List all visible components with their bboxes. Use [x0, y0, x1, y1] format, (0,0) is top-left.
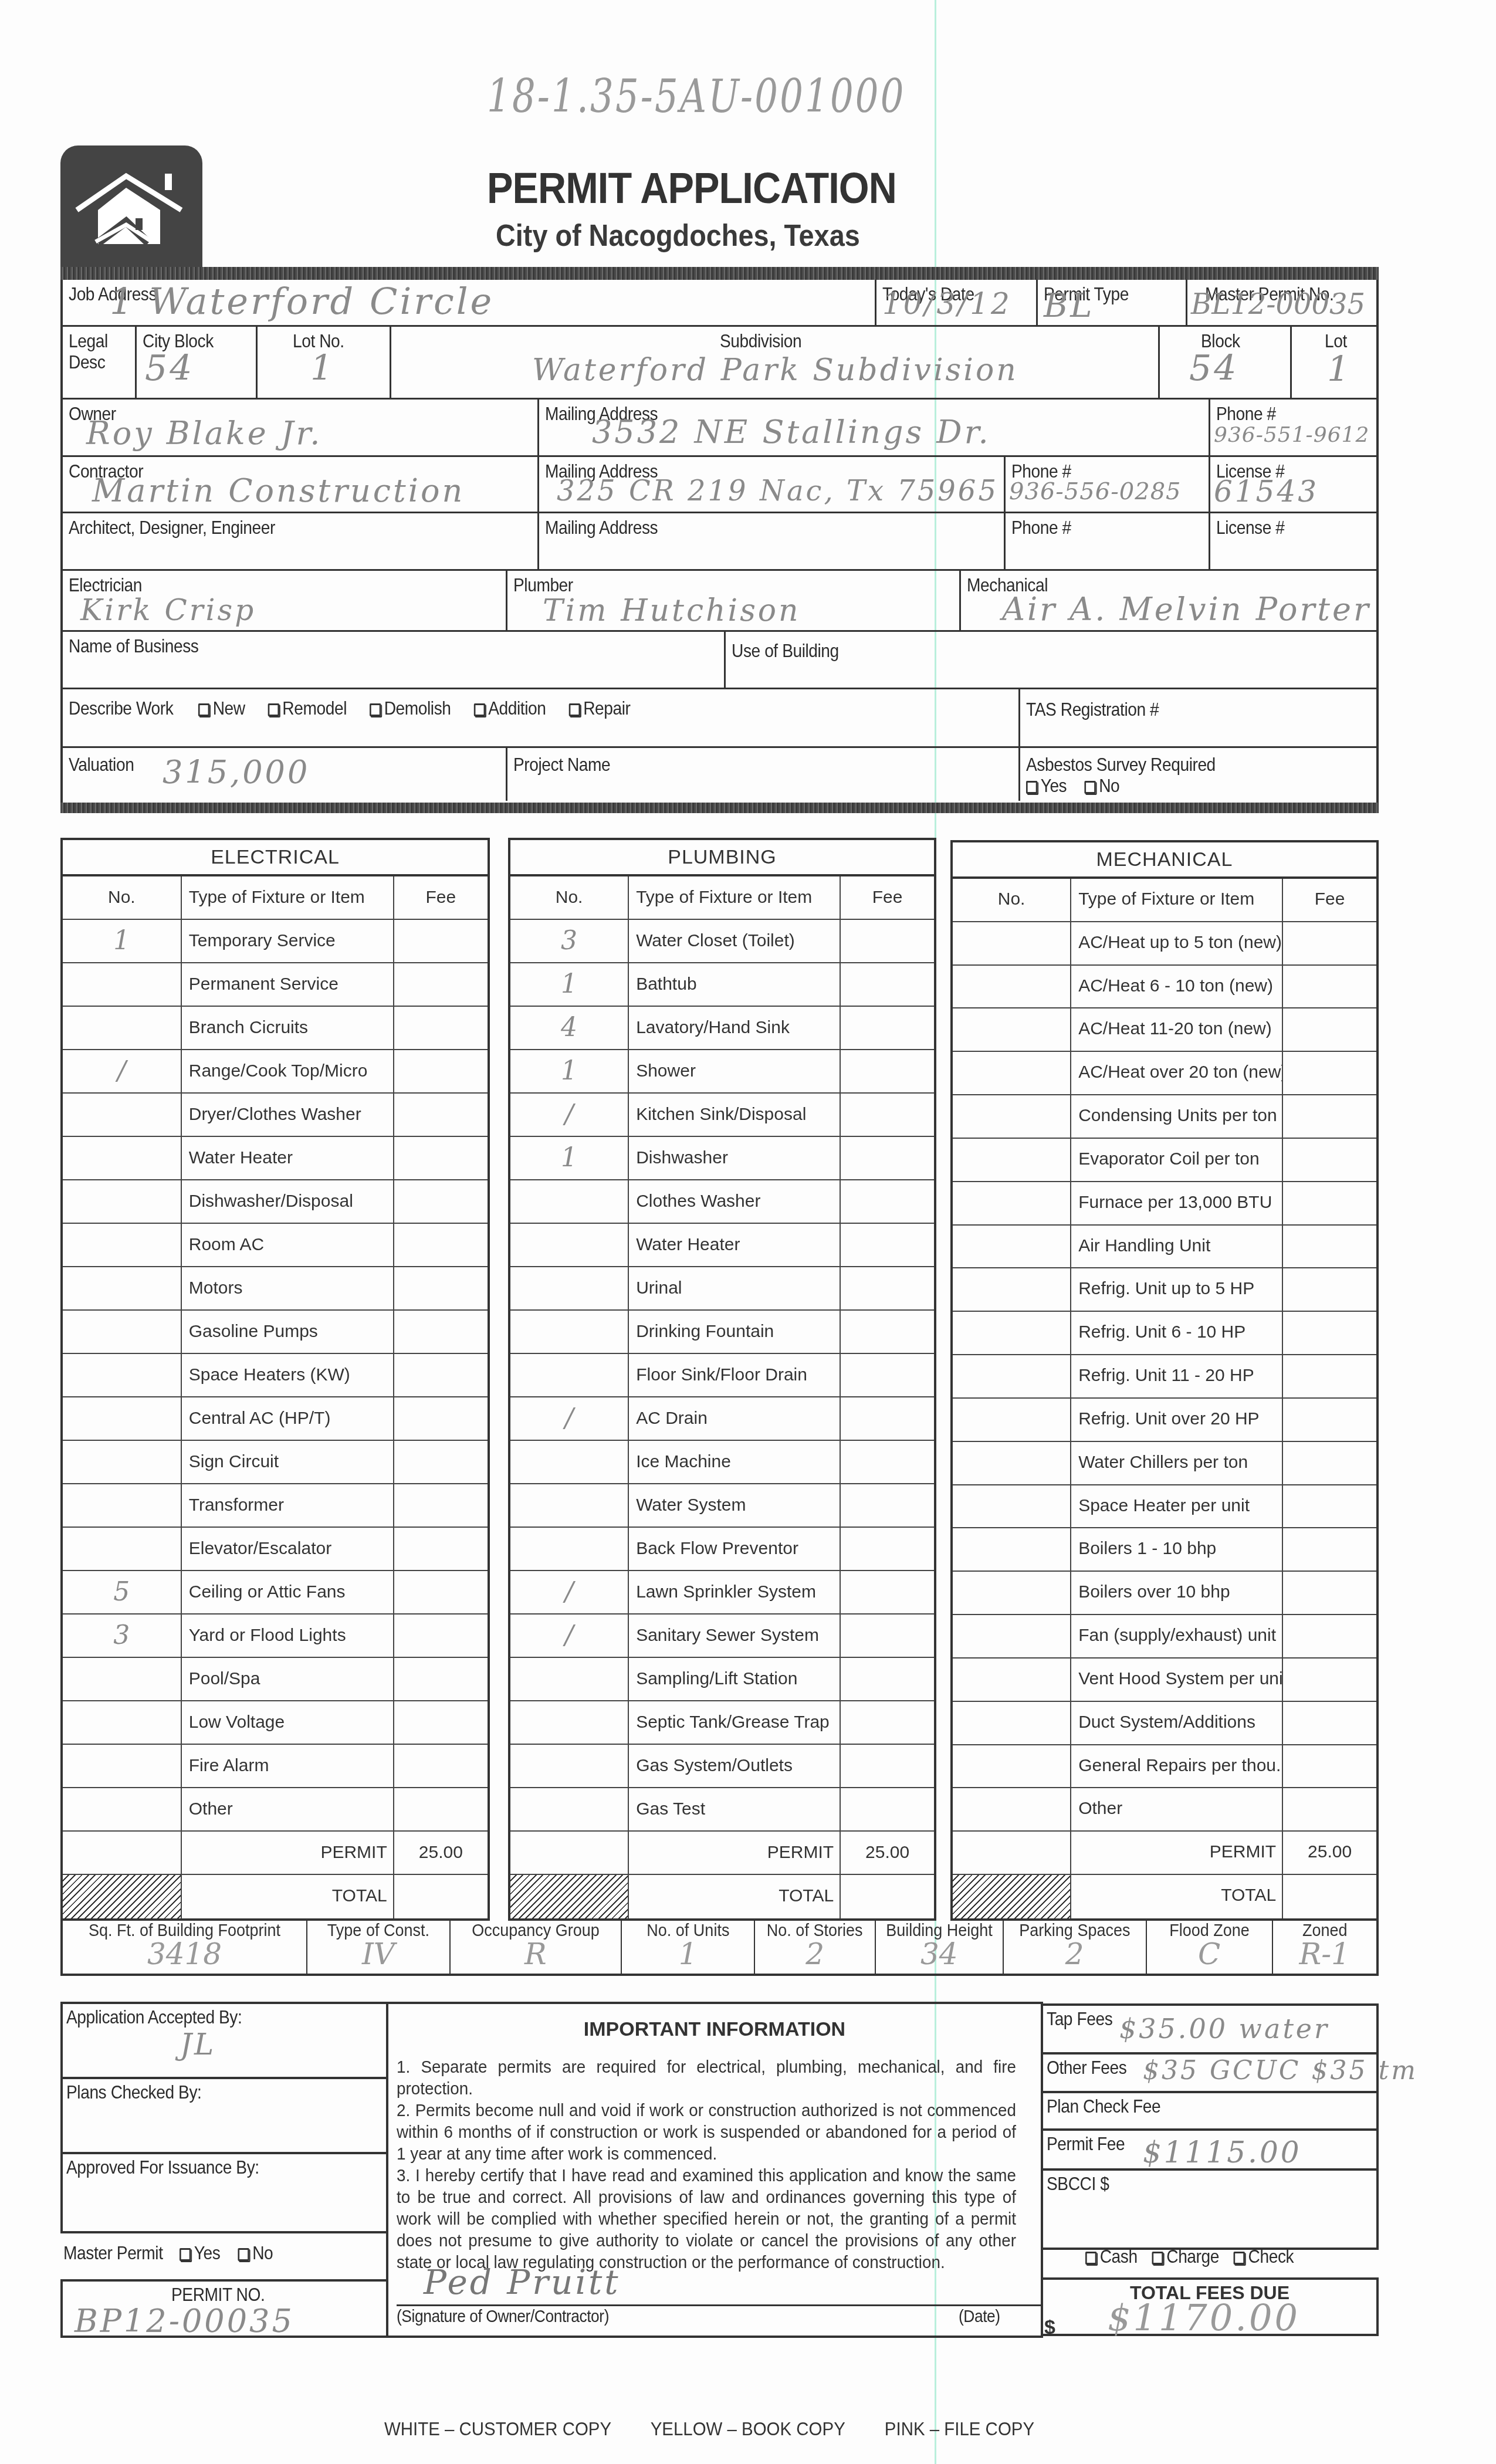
table-row: Refrig. Unit 6 - 10 HP — [953, 1312, 1376, 1355]
row-fee-field[interactable] — [1283, 1139, 1376, 1181]
row-item-label: Sanitary Sewer System — [629, 1615, 841, 1657]
row-no-field[interactable] — [63, 1007, 182, 1049]
row-no-field[interactable]: 1 — [510, 963, 629, 1006]
row-no-field[interactable] — [953, 1008, 1071, 1051]
payment-options: Cash Charge Check — [1085, 2246, 1312, 2267]
row-no-field[interactable] — [63, 1484, 182, 1527]
row-item-label: Boilers 1 - 10 bhp — [1071, 1528, 1283, 1571]
option-label: Remodel — [282, 698, 347, 719]
col-no-header: No. — [63, 876, 182, 919]
mechanical-table-title: MECHANICAL — [953, 842, 1376, 879]
row-no-field[interactable] — [510, 1528, 629, 1570]
job-address-field[interactable]: Job Address 1 Waterford Circle — [63, 280, 876, 327]
row-fee-field[interactable] — [841, 1745, 934, 1787]
row-fee-field[interactable] — [1283, 1095, 1376, 1138]
header-bar — [60, 267, 1379, 280]
row-fee-field[interactable] — [1283, 1268, 1376, 1311]
plumbing-permit-fee[interactable]: 25.00 — [841, 1832, 934, 1874]
row-no-field[interactable] — [953, 1312, 1071, 1354]
building-info-label: Parking Spaces — [1011, 1921, 1139, 1941]
row-fee-field[interactable] — [841, 1788, 934, 1830]
building-info-field[interactable]: No. of Units 1 — [622, 1918, 756, 1974]
row-fee-field[interactable] — [841, 1441, 934, 1483]
plans-checked-field[interactable]: Plans Checked By: — [63, 2079, 386, 2154]
row-no-field[interactable] — [63, 1397, 182, 1440]
contractor-mailing-field[interactable]: Mailing Address 325 CR 219 Nac, Tx 75965 — [539, 457, 1006, 513]
row-fee-field[interactable] — [1283, 1615, 1376, 1657]
row-fee-field[interactable] — [841, 1311, 934, 1353]
row-no-field[interactable]: / — [510, 1397, 629, 1440]
row-no-field[interactable] — [63, 1441, 182, 1483]
sbcci-field[interactable]: SBCCI $ — [1043, 2171, 1376, 2211]
row-no-field[interactable]: 4 — [510, 1007, 629, 1049]
col-fee-header: Fee — [841, 876, 934, 919]
architect-mailing-field[interactable]: Mailing Address — [539, 513, 1006, 571]
table-row: Ice Machine — [510, 1441, 934, 1484]
row-item-label: Urinal — [629, 1267, 841, 1309]
checkbox-icon — [1026, 781, 1037, 794]
row-fee-field[interactable] — [1283, 922, 1376, 964]
row-no-field[interactable] — [63, 1788, 182, 1830]
approvals-box: Application Accepted By: JL Plans Checke… — [60, 2002, 386, 2233]
table-row: Other — [953, 1788, 1376, 1832]
electrical-total-fee[interactable] — [394, 1875, 488, 1918]
row-no-field[interactable] — [953, 1659, 1071, 1701]
row-fee-field[interactable] — [394, 1788, 488, 1830]
permit-type-field[interactable]: Permit Type BL — [1038, 280, 1187, 327]
use-of-building-field[interactable]: Use of Building — [726, 632, 1376, 689]
row-fee-field[interactable] — [841, 1397, 934, 1440]
row-fee-field[interactable] — [841, 1528, 934, 1570]
row-fee-field[interactable] — [394, 1354, 488, 1396]
electrician-field[interactable]: Electrician Kirk Crisp — [63, 571, 507, 632]
row-fee-field[interactable] — [394, 1615, 488, 1657]
table-row: Water Chillers per ton — [953, 1442, 1376, 1485]
col-fee-header: Fee — [1283, 879, 1376, 921]
building-info-value: 1 — [622, 1937, 754, 1971]
owner-mailing-field[interactable]: Mailing Address 3532 NE Stallings Dr. — [539, 400, 1210, 457]
row-no-field[interactable] — [63, 1354, 182, 1396]
row-fee-field[interactable] — [841, 1137, 934, 1179]
building-info-field[interactable]: Zoned R-1 — [1273, 1918, 1376, 1974]
row-no-field[interactable] — [510, 1354, 629, 1396]
row-no-field[interactable]: / — [63, 1050, 182, 1092]
row-no-field[interactable] — [953, 1052, 1071, 1094]
row-item-label: Fan (supply/exhaust) unit — [1071, 1615, 1283, 1657]
owner-phone-label: Phone # — [1216, 403, 1276, 425]
row-item-label: Septic Tank/Grease Trap — [629, 1701, 841, 1744]
plumbing-total-fee[interactable] — [841, 1875, 934, 1918]
row-fee-field[interactable] — [1283, 1052, 1376, 1094]
total-fees-box: TOTAL FEES DUE $ $1170.00 — [1043, 2277, 1379, 2336]
table-row: Refrig. Unit up to 5 HP — [953, 1268, 1376, 1312]
work-option-repair[interactable]: Repair — [569, 698, 631, 719]
row-item-label: Refrig. Unit 11 - 20 HP — [1071, 1355, 1283, 1397]
row-item-label: Dishwasher/Disposal — [182, 1180, 394, 1223]
row-no-field[interactable]: 3 — [510, 920, 629, 962]
business-name-field[interactable]: Name of Business — [63, 632, 726, 689]
job-address-value: 1 Waterford Circle — [110, 280, 494, 323]
row-item-label: General Repairs per thou. — [1071, 1745, 1283, 1788]
table-row: 3 Yard or Flood Lights — [63, 1615, 488, 1658]
row-no-field[interactable] — [510, 1267, 629, 1309]
row-item-label: Refrig. Unit up to 5 HP — [1071, 1268, 1283, 1311]
row-no-field[interactable] — [953, 1268, 1071, 1311]
work-option-demolish[interactable]: Demolish — [370, 698, 451, 719]
subdivision-value: Waterford Park Subdivision — [532, 353, 1018, 388]
row-no-field[interactable] — [63, 1180, 182, 1223]
row-no-field[interactable]: / — [510, 1615, 629, 1657]
table-row: Water System — [510, 1484, 934, 1528]
row-fee-field[interactable] — [394, 1267, 488, 1309]
row-fee-field[interactable] — [1283, 1442, 1376, 1484]
row-no-field[interactable] — [953, 1442, 1071, 1484]
accepted-by-value: JL — [180, 2028, 216, 2062]
row-fee-field[interactable] — [1283, 1355, 1376, 1397]
approved-issuance-field[interactable]: Approved For Issuance By: — [63, 2154, 386, 2233]
lot-field[interactable]: Lot 1 — [1292, 327, 1376, 400]
row-fee-field[interactable] — [841, 1701, 934, 1744]
row-fee-field[interactable] — [394, 920, 488, 962]
row-item-label: Drinking Fountain — [629, 1311, 841, 1353]
row-no-field[interactable] — [953, 1226, 1071, 1268]
signature-value[interactable]: Ped Pruitt — [424, 2262, 621, 2302]
contractor-license-field[interactable]: License # 61543 — [1210, 457, 1376, 513]
other-fees-value: $35 GCUC $35 tm — [1143, 2056, 1418, 2086]
other-fees-label: Other Fees — [1047, 2057, 1126, 2079]
row-no-field[interactable] — [510, 1701, 629, 1744]
block-field[interactable]: Block 54 — [1160, 327, 1292, 400]
row-item-label: Central AC (HP/T) — [182, 1397, 394, 1440]
row-fee-field[interactable] — [394, 1528, 488, 1570]
row-no-field[interactable]: 1 — [63, 920, 182, 962]
row-fee-field[interactable] — [394, 1441, 488, 1483]
row-no-field[interactable] — [63, 1745, 182, 1787]
row-no-field[interactable] — [953, 966, 1071, 1008]
row-fee-field[interactable] — [841, 1571, 934, 1613]
row-fee-field[interactable] — [394, 1007, 488, 1049]
option-label: Repair — [583, 698, 630, 719]
row-item-label: Refrig. Unit over 20 HP — [1071, 1399, 1283, 1441]
row-no-field[interactable] — [953, 1095, 1071, 1138]
row-no-field[interactable] — [63, 1094, 182, 1136]
row-item-label: Furnace per 13,000 BTU — [1071, 1182, 1283, 1224]
tap-fees-field[interactable]: Tap Fees $35.00 water — [1043, 2006, 1376, 2055]
row-fee-field[interactable] — [841, 1224, 934, 1266]
row-no-field[interactable] — [953, 1528, 1071, 1571]
row-no-field[interactable] — [510, 1484, 629, 1527]
row-fee-field[interactable] — [841, 1658, 934, 1700]
table-row: Septic Tank/Grease Trap — [510, 1701, 934, 1745]
row-fee-field[interactable] — [394, 1397, 488, 1440]
row-fee-field[interactable] — [841, 1615, 934, 1657]
row-fee-field[interactable] — [394, 1180, 488, 1223]
row-no-field[interactable] — [953, 1702, 1071, 1744]
contractor-phone-field[interactable]: Phone # 936-556-0285 — [1006, 457, 1210, 513]
row-no-field[interactable] — [63, 1658, 182, 1700]
page-title: PERMIT APPLICATION — [487, 163, 896, 213]
architect-mailing-label: Mailing Address — [545, 517, 658, 539]
row-no-field[interactable] — [953, 1745, 1071, 1788]
row-fee-field[interactable] — [1283, 966, 1376, 1008]
hatched-cell — [63, 1875, 182, 1918]
table-row: Floor Sink/Floor Drain — [510, 1354, 934, 1397]
row-fee-field[interactable] — [841, 1050, 934, 1092]
payment-check[interactable]: Check — [1234, 2246, 1294, 2267]
option-label: Check — [1248, 2246, 1294, 2267]
row-item-label: Bathtub — [629, 963, 841, 1006]
permit-fee-label: Permit Fee — [1047, 2133, 1125, 2155]
describe-work-row: Describe Work New Remodel Demolish Addit… — [69, 698, 649, 719]
accepted-by-label: Application Accepted By: — [66, 2006, 242, 2028]
row-no-field[interactable] — [953, 1572, 1071, 1614]
todays-date-field[interactable]: Today's Date 10/3/12 — [876, 280, 1038, 327]
row-fee-field[interactable] — [1283, 1528, 1376, 1571]
row-no-field[interactable]: 1 — [510, 1137, 629, 1179]
row-no-field[interactable]: / — [510, 1094, 629, 1136]
architect-phone-field[interactable]: Phone # — [1006, 513, 1210, 571]
owner-field[interactable]: Owner Roy Blake Jr. — [63, 400, 539, 457]
row-item-label: Sign Circuit — [182, 1441, 394, 1483]
lot-no-field[interactable]: Lot No. 1 — [258, 327, 391, 400]
row-no-field[interactable] — [63, 963, 182, 1006]
lot-value: 1 — [1327, 349, 1352, 390]
mechanical-total-row: TOTAL — [953, 1875, 1376, 1918]
row-no-field[interactable] — [63, 1701, 182, 1744]
contractor-value: Martin Construction — [92, 472, 465, 509]
row-fee-field[interactable] — [841, 920, 934, 962]
table-row: Water Heater — [510, 1224, 934, 1267]
hatched-cell — [953, 1875, 1071, 1918]
row-no-field[interactable]: 5 — [63, 1571, 182, 1613]
col-item-header: Type of Fixture or Item — [1071, 879, 1283, 921]
row-fee-field[interactable] — [1283, 1312, 1376, 1354]
work-option-new[interactable]: New — [198, 698, 245, 719]
permit-no-value: BP12-00035 — [75, 2303, 295, 2340]
tas-registration-field[interactable]: TAS Registration # — [1020, 689, 1376, 748]
table-row: / Range/Cook Top/Micro — [63, 1050, 488, 1094]
permit-fee-field[interactable]: Permit Fee $1115.00 — [1043, 2131, 1376, 2171]
row-item-label: Sampling/Lift Station — [629, 1658, 841, 1700]
table-row: Gas Test — [510, 1788, 934, 1832]
payment-cash[interactable]: Cash — [1085, 2246, 1138, 2267]
building-info-field[interactable]: Sq. Ft. of Building Footprint 3418 — [63, 1918, 307, 1974]
payment-charge[interactable]: Charge — [1152, 2246, 1219, 2267]
row-no-field[interactable] — [510, 1745, 629, 1787]
row-fee-field[interactable] — [841, 1007, 934, 1049]
electrical-table: ELECTRICAL No. Type of Fixture or Item F… — [60, 838, 490, 1921]
table-row: Duct System/Additions — [953, 1702, 1376, 1745]
asbestos-yes[interactable]: Yes — [1026, 775, 1067, 797]
city-block-field[interactable]: City Block 54 — [137, 327, 258, 400]
row-fee-field[interactable] — [1283, 1788, 1376, 1830]
table-row: 3 Water Closet (Toilet) — [510, 920, 934, 963]
row-fee-field[interactable] — [394, 1701, 488, 1744]
table-row: Air Handling Unit — [953, 1226, 1376, 1269]
valuation-field[interactable]: Valuation 315,000 — [63, 748, 507, 801]
checkbox-icon — [1152, 2252, 1163, 2265]
row-no-field[interactable] — [63, 1267, 182, 1309]
checkbox-icon — [474, 703, 485, 716]
row-no-field[interactable] — [953, 922, 1071, 964]
row-no-field[interactable]: / — [510, 1571, 629, 1613]
row-no-field[interactable] — [953, 1615, 1071, 1657]
table-row: / AC Drain — [510, 1397, 934, 1441]
electrical-permit-fee[interactable]: 25.00 — [394, 1832, 488, 1874]
mechanical-permit-fee[interactable]: 25.00 — [1283, 1832, 1376, 1874]
row-fee-field[interactable] — [841, 1267, 934, 1309]
row-no-field[interactable] — [63, 1137, 182, 1179]
row-item-label: Water Heater — [629, 1224, 841, 1266]
project-name-field[interactable]: Project Name — [507, 748, 1020, 801]
table-row: Refrig. Unit over 20 HP — [953, 1399, 1376, 1442]
building-info-field[interactable]: No. of Stories 2 — [755, 1918, 875, 1974]
row-fee-field[interactable] — [1283, 1745, 1376, 1788]
row-no-field[interactable] — [953, 1182, 1071, 1224]
row-fee-field[interactable] — [841, 963, 934, 1006]
master-permit-no[interactable]: No — [238, 2242, 273, 2264]
row-fee-field[interactable] — [841, 1094, 934, 1136]
table-row: / Sanitary Sewer System — [510, 1615, 934, 1658]
work-option-addition[interactable]: Addition — [474, 698, 546, 719]
architect-field[interactable]: Architect, Designer, Engineer — [63, 513, 539, 571]
owner-mailing-value: 3532 NE Stallings Dr. — [592, 414, 991, 451]
mechanical-contractor-field[interactable]: Mechanical Air A. Melvin Porter — [961, 571, 1376, 632]
accepted-by-field[interactable]: Application Accepted By: JL — [63, 2004, 386, 2079]
row-item-label: Elevator/Escalator — [182, 1528, 394, 1570]
row-item-label: Temporary Service — [182, 920, 394, 962]
building-info-value: 2 — [1004, 1937, 1146, 1971]
subdivision-field[interactable]: Subdivision Waterford Park Subdivision — [391, 327, 1160, 400]
row-item-label: Water Heater — [182, 1137, 394, 1179]
row-no-field[interactable] — [63, 1528, 182, 1570]
row-no-field[interactable] — [953, 1399, 1071, 1441]
table-row: Urinal — [510, 1267, 934, 1311]
master-permit-yes[interactable]: Yes — [180, 2242, 220, 2264]
row-fee-field[interactable] — [841, 1484, 934, 1527]
table-row: Boilers 1 - 10 bhp — [953, 1528, 1376, 1572]
table-row: Low Voltage — [63, 1701, 488, 1745]
building-info-field[interactable]: Building Height 34 — [876, 1918, 1004, 1974]
legal-desc-label-cell: Legal Desc — [63, 327, 137, 400]
row-item-label: Boilers over 10 bhp — [1071, 1572, 1283, 1614]
row-fee-field[interactable] — [394, 1311, 488, 1353]
row-fee-field[interactable] — [394, 1745, 488, 1787]
row-no-field[interactable] — [63, 1311, 182, 1353]
row-item-label: Room AC — [182, 1224, 394, 1266]
table-row: Drinking Fountain — [510, 1311, 934, 1354]
asbestos-no[interactable]: No — [1085, 775, 1120, 797]
contractor-field[interactable]: Contractor Martin Construction — [63, 457, 539, 513]
work-option-remodel[interactable]: Remodel — [268, 698, 347, 719]
row-no-field[interactable] — [953, 1485, 1071, 1528]
row-fee-field[interactable] — [394, 1094, 488, 1136]
row-fee-field[interactable] — [1283, 1008, 1376, 1051]
building-info-field[interactable]: Parking Spaces 2 — [1004, 1918, 1147, 1974]
building-info-field[interactable]: Occupancy Group R — [451, 1918, 622, 1974]
building-info-label: Flood Zone — [1153, 1921, 1265, 1941]
building-info-field[interactable]: Type of Const. IV — [307, 1918, 451, 1974]
electrical-table-title: ELECTRICAL — [63, 840, 488, 876]
other-fees-field[interactable]: Other Fees $35 GCUC $35 tm — [1043, 2055, 1376, 2093]
building-info-value: 3418 — [63, 1937, 306, 1971]
row-no-field[interactable] — [510, 1180, 629, 1223]
row-item-label: Air Handling Unit — [1071, 1226, 1283, 1268]
row-item-label: Transformer — [182, 1484, 394, 1527]
plumbing-table-title: PLUMBING — [510, 840, 934, 876]
row-fee-field[interactable] — [1283, 1659, 1376, 1701]
row-fee-field[interactable] — [841, 1180, 934, 1223]
hatched-cell — [510, 1875, 629, 1918]
row-item-label: Floor Sink/Floor Drain — [629, 1354, 841, 1396]
row-fee-field[interactable] — [394, 1224, 488, 1266]
tas-registration-label: TAS Registration # — [1026, 699, 1159, 720]
architect-license-field[interactable]: License # — [1210, 513, 1376, 571]
architect-label: Architect, Designer, Engineer — [69, 517, 275, 539]
row-no-field[interactable] — [510, 1788, 629, 1830]
table-row: Gasoline Pumps — [63, 1311, 488, 1354]
plumber-field[interactable]: Plumber Tim Hutchison — [507, 571, 961, 632]
permit-label: PERMIT — [629, 1832, 841, 1874]
building-info-value: 2 — [755, 1937, 874, 1971]
row-fee-field[interactable] — [1283, 1226, 1376, 1268]
building-info-field[interactable]: Flood Zone C — [1147, 1918, 1273, 1974]
row-no-field[interactable] — [953, 1139, 1071, 1181]
mechanical-total-fee[interactable] — [1283, 1875, 1376, 1918]
asbestos-label: Asbestos Survey Required — [1026, 754, 1216, 776]
row-fee-field[interactable] — [394, 1571, 488, 1613]
row-item-label: AC/Heat over 20 ton (new) — [1071, 1052, 1283, 1094]
row-no-field[interactable] — [63, 1224, 182, 1266]
row-no-field[interactable] — [510, 1311, 629, 1353]
row-no-field[interactable] — [510, 1441, 629, 1483]
row-no-field[interactable] — [953, 1788, 1071, 1830]
row-no-field[interactable]: 3 — [63, 1615, 182, 1657]
row-no-field[interactable] — [510, 1658, 629, 1700]
row-item-label: Lavatory/Hand Sink — [629, 1007, 841, 1049]
row-fee-field[interactable] — [394, 1137, 488, 1179]
row-fee-field[interactable] — [841, 1354, 934, 1396]
row-fee-field[interactable] — [394, 963, 488, 1006]
option-label: No — [252, 2242, 273, 2263]
row-fee-field[interactable] — [394, 1658, 488, 1700]
table-row: / Lawn Sprinkler System — [510, 1571, 934, 1615]
row-item-label: Pool/Spa — [182, 1658, 394, 1700]
building-info-label: Zoned — [1278, 1921, 1371, 1941]
row-fee-field[interactable] — [1283, 1485, 1376, 1528]
row-fee-field[interactable] — [1283, 1572, 1376, 1614]
plan-check-field[interactable]: Plan Check Fee — [1043, 2093, 1376, 2131]
row-item-label: Clothes Washer — [629, 1180, 841, 1223]
row-item-label: AC/Heat 11-20 ton (new) — [1071, 1008, 1283, 1051]
row-fee-field[interactable] — [1283, 1399, 1376, 1441]
master-permit-field[interactable]: Master Permit No. BL12-00035 — [1187, 280, 1376, 327]
tap-fees-value: $35.00 water — [1119, 2013, 1329, 2045]
use-of-building-label: Use of Building — [732, 640, 839, 662]
row-no-field[interactable] — [510, 1224, 629, 1266]
table-row: 4 Lavatory/Hand Sink — [510, 1007, 934, 1050]
row-fee-field[interactable] — [394, 1050, 488, 1092]
owner-phone-field[interactable]: Phone # 936-551-9612 — [1210, 400, 1376, 457]
row-no-field[interactable] — [953, 1355, 1071, 1397]
row-fee-field[interactable] — [1283, 1182, 1376, 1224]
row-fee-field[interactable] — [394, 1484, 488, 1527]
row-fee-field[interactable] — [1283, 1702, 1376, 1744]
mechanical-table: MECHANICAL No. Type of Fixture or Item F… — [950, 840, 1379, 1921]
row-item-label: Range/Cook Top/Micro — [182, 1050, 394, 1092]
row-item-label: Vent Hood System per unit — [1071, 1659, 1283, 1701]
row-no-field[interactable]: 1 — [510, 1050, 629, 1092]
